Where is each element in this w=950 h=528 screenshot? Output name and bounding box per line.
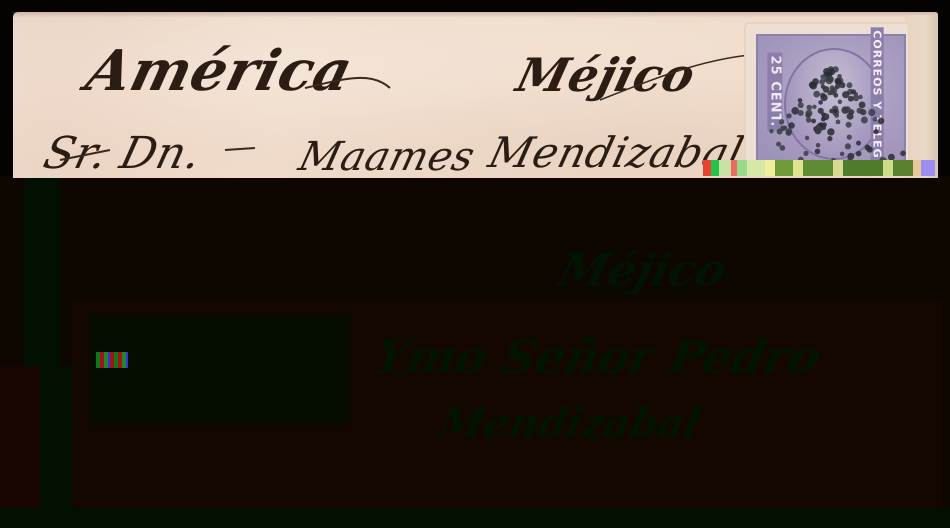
address-country: América bbox=[80, 38, 359, 104]
faint-handwriting: Méjico bbox=[554, 245, 732, 296]
address-given-name: Maames bbox=[294, 134, 479, 180]
faint-handwriting: Ymo Señor Pedro bbox=[368, 330, 826, 384]
address-city: Méjico bbox=[511, 48, 700, 102]
faint-handwriting: Mendizabal bbox=[434, 400, 705, 447]
envelope-torn-edge bbox=[905, 15, 938, 178]
photo: Méjico Ymo Señor Pedro Mendizabal Améric… bbox=[0, 0, 950, 528]
corrupted-band bbox=[0, 366, 40, 528]
address-honorific: Sr. Dn. bbox=[39, 128, 207, 179]
postage-stamp: 25 CENT. CORREOS Y TELEG bbox=[746, 24, 908, 164]
glitch-artifact bbox=[96, 352, 128, 368]
corrupted-bottom-edge bbox=[0, 508, 950, 528]
corrupted-band bbox=[24, 176, 60, 366]
cancellation-dots-icon bbox=[746, 24, 908, 164]
glitch-artifact bbox=[703, 160, 935, 176]
corrupted-band bbox=[40, 366, 72, 528]
corrupted-block bbox=[90, 315, 350, 425]
